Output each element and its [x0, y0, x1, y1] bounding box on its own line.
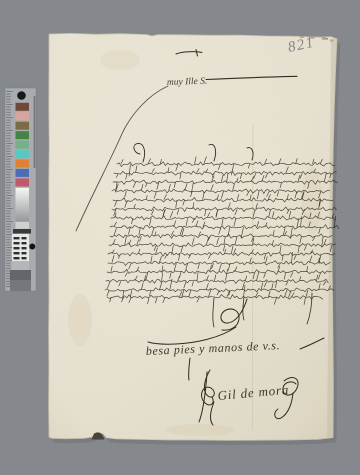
bar-gray-block [12, 261, 29, 270]
bar-edge-shadow [34, 96, 36, 168]
bar-divider [13, 229, 31, 234]
paper-vignette [40, 25, 345, 450]
grayscale-end [16, 222, 30, 229]
color-patches [16, 103, 30, 187]
heading-text: muy Ille S. [167, 77, 208, 88]
photo-canvas: muy Ille S. besa pies y manos de v.s. Gi… [0, 0, 360, 475]
registration-dot-top [17, 91, 26, 100]
registration-dot-mid [29, 244, 35, 250]
grayscale-wedge [16, 188, 30, 222]
bar-dark-patch-1 [10, 270, 31, 280]
bar-dark-patch-2 [10, 280, 31, 291]
calibration-bar [5, 88, 36, 291]
